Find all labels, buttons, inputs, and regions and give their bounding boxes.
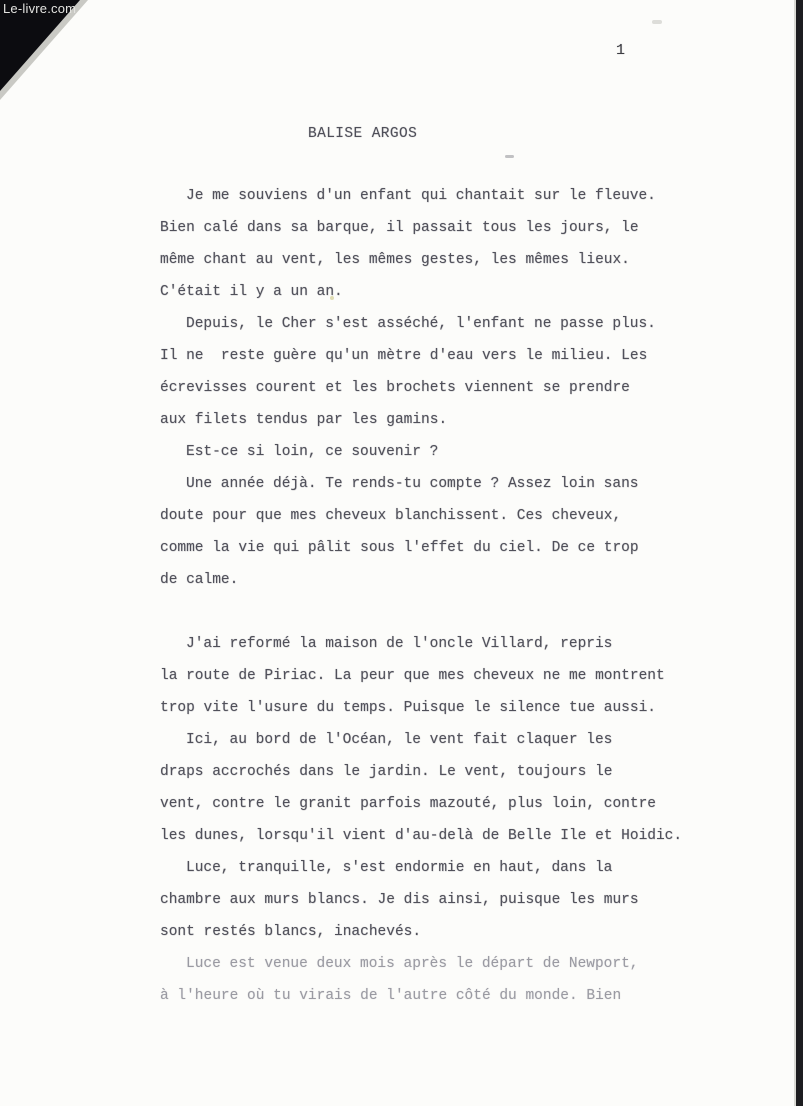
text-line: chambre aux murs blancs. Je dis ainsi, p… <box>160 884 720 916</box>
document-body: Je me souviens d'un enfant qui chantait … <box>160 180 720 1012</box>
paragraph: Luce est venue deux mois après le départ… <box>160 948 720 1012</box>
text-line: Ici, au bord de l'Océan, le vent fait cl… <box>160 724 720 756</box>
page-number: 1 <box>616 42 625 59</box>
text-line: draps accrochés dans le jardin. Le vent,… <box>160 756 720 788</box>
watermark-text: Le-livre.com <box>3 1 76 16</box>
paragraph: Je me souviens d'un enfant qui chantait … <box>160 180 720 308</box>
text-line: Une année déjà. Te rends-tu compte ? Ass… <box>160 468 720 500</box>
text-line: Il ne reste guère qu'un mètre d'eau vers… <box>160 340 720 372</box>
scan-edge-strip <box>796 0 803 1106</box>
text-line: Je me souviens d'un enfant qui chantait … <box>160 180 720 212</box>
text-line: de calme. <box>160 564 720 596</box>
scan-speck <box>505 155 514 158</box>
text-line: J'ai reformé la maison de l'oncle Villar… <box>160 628 720 660</box>
text-line: Depuis, le Cher s'est asséché, l'enfant … <box>160 308 720 340</box>
text-line: Est-ce si loin, ce souvenir ? <box>160 436 720 468</box>
text-line: écrevisses courent et les brochets vienn… <box>160 372 720 404</box>
paragraph: Est-ce si loin, ce souvenir ? <box>160 436 720 468</box>
text-line: Luce est venue deux mois après le départ… <box>160 948 720 980</box>
text-line: Luce, tranquille, s'est endormie en haut… <box>160 852 720 884</box>
paragraph: Ici, au bord de l'Océan, le vent fait cl… <box>160 724 720 852</box>
paragraph: Luce, tranquille, s'est endormie en haut… <box>160 852 720 948</box>
text-line: aux filets tendus par les gamins. <box>160 404 720 436</box>
text-line: à l'heure où tu virais de l'autre côté d… <box>160 980 720 1012</box>
text-line: la route de Piriac. La peur que mes chev… <box>160 660 720 692</box>
document-title: BALISE ARGOS <box>308 126 417 142</box>
scan-speck <box>330 296 334 300</box>
text-line: sont restés blancs, inachevés. <box>160 916 720 948</box>
text-line: comme la vie qui pâlit sous l'effet du c… <box>160 532 720 564</box>
text-line: Bien calé dans sa barque, il passait tou… <box>160 212 720 244</box>
text-line: les dunes, lorsqu'il vient d'au-delà de … <box>160 820 720 852</box>
text-line: même chant au vent, les mêmes gestes, le… <box>160 244 720 276</box>
text-line: vent, contre le granit parfois mazouté, … <box>160 788 720 820</box>
scan-speck <box>652 20 662 24</box>
text-line: C'était il y a un an. <box>160 276 720 308</box>
paragraph: Une année déjà. Te rends-tu compte ? Ass… <box>160 468 720 596</box>
paragraph: Depuis, le Cher s'est asséché, l'enfant … <box>160 308 720 436</box>
paragraph: J'ai reformé la maison de l'oncle Villar… <box>160 628 720 724</box>
text-line: trop vite l'usure du temps. Puisque le s… <box>160 692 720 724</box>
scanned-document-page: Le-livre.com 1 BALISE ARGOS Je me souvie… <box>0 0 803 1106</box>
text-line: doute pour que mes cheveux blanchissent.… <box>160 500 720 532</box>
